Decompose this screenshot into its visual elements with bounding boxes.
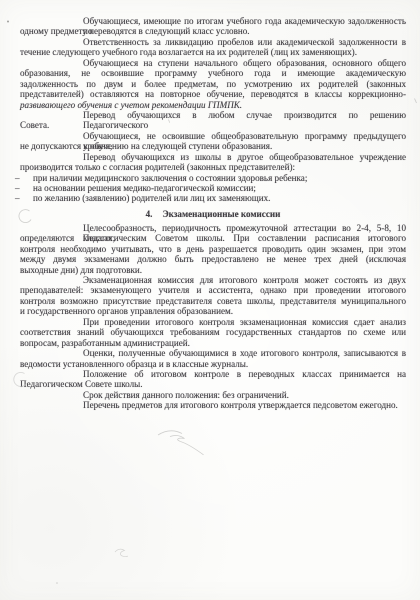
text-line: одному предмету переводятся в следующий … [20, 26, 406, 36]
text-line: Педагогическом Совете школы. [20, 379, 406, 389]
list-item-line: –при наличии медицинского заключения о с… [20, 173, 406, 183]
text-line: течение следующего учебного года возлага… [20, 47, 406, 57]
scribble-tail-icon [170, 435, 204, 454]
list-item-text: на основании решения медико-педагогическ… [33, 183, 256, 193]
text-line: Совета. [20, 120, 406, 130]
text-line: и государственного органов управления об… [20, 306, 406, 316]
list-dash-marker: – [15, 173, 20, 183]
text-line: вопросам, разработанным администрацией. [20, 338, 406, 348]
text-line: выходные дни) для подготовки. [20, 265, 406, 275]
text-line: между двумя экзаменами должно быть предо… [20, 254, 406, 264]
text-line: образования, не освоившие программу учеб… [20, 68, 406, 78]
text-line: Перевод обучающихся в любом случае произ… [20, 110, 406, 120]
right-edge-speck-icon [415, 99, 417, 104]
text-line: Обучающиеся, не освоившие общеобразовате… [20, 131, 406, 141]
text-line: развивающего обучения с учетом рекоменда… [20, 100, 406, 110]
text-line: преподавателей: экзаменующего учителя и … [20, 285, 406, 295]
text-line: представителей) оставляются на повторное… [20, 89, 406, 99]
list-item-text: по желанию (заявлению) родителей или лиц… [33, 193, 270, 203]
text-line: определяются Педагогическим Советом школ… [20, 233, 406, 243]
edge-dot-icon [7, 21, 9, 23]
scanned-page: Обучающиеся, имеющие по итогам учебного … [0, 0, 420, 600]
section-heading-number: 4. [146, 209, 153, 219]
text-line: задолженность по двум и более предметам,… [20, 79, 406, 89]
text-line: контроля возможно присутствие представит… [20, 296, 406, 306]
text-line: Перевод обучающихся из школы в другое об… [20, 152, 406, 162]
list-dash-marker: – [15, 193, 20, 203]
text-line: Экзаменационная комиссия для итогового к… [20, 275, 406, 285]
lines-before-host: Обучающиеся, имеющие по итогам учебного … [20, 16, 406, 204]
text-line: Перечень предметов для итогового контрол… [20, 400, 406, 410]
list-item-text: при наличии медицинского заключения о со… [33, 173, 307, 183]
scribble-stroke-icon [158, 431, 182, 435]
text-line: Положение об итоговом контроле в перевод… [20, 369, 406, 379]
text-line: не допускаются к обучению на следующей с… [20, 141, 406, 151]
text-line: Обучающиеся, имеющие по итогам учебного … [20, 16, 406, 26]
text-line: соответствия знаний обучающихся требован… [20, 327, 406, 337]
text-line: производится только с согласия родителей… [20, 162, 406, 172]
tiny-dot-icon [56, 582, 58, 584]
text-line: Оценки, полученные обучающимися в ходе и… [20, 348, 406, 358]
section-heading-title: Экзаменационные комиссии [162, 209, 280, 219]
list-item-line: –по желанию (заявлению) родителей или ли… [20, 193, 406, 203]
text-line: При проведении итогового контроля экзаме… [20, 317, 406, 327]
small-scribble-icon [115, 549, 128, 556]
list-item-line: –на основании решения медико-педагогичес… [20, 183, 406, 193]
text-line: Ответственность за ликвидацию пробелов и… [20, 37, 406, 47]
text-line: Целесообразность, периодичность промежут… [20, 223, 406, 233]
text-line: Обучающиеся на ступени начального общего… [20, 58, 406, 68]
list-dash-marker: – [15, 183, 20, 193]
document-text: Обучающиеся, имеющие по итогам учебного … [20, 16, 406, 411]
lines-after-host: Целесообразность, периодичность промежут… [20, 223, 406, 411]
text-line: контроля необходимо учитывать, что в ден… [20, 244, 406, 254]
section-heading: 4.Экзаменационные комиссии [20, 209, 406, 219]
text-line: ведомости установленного образца и в кла… [20, 359, 406, 369]
text-line: Срок действия данного положения: без огр… [20, 390, 406, 400]
